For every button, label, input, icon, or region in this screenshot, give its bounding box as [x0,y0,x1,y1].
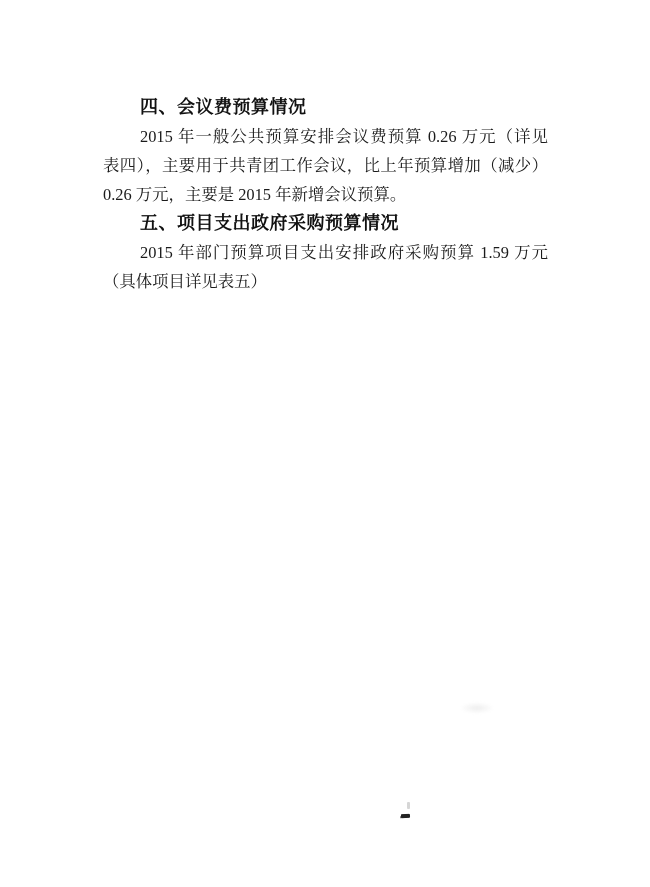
section-heading-meeting-fee-budget: 四、会议费预算情况 [103,93,548,122]
scan-ink-speck-faint [407,802,410,809]
scan-ink-speck [401,814,410,818]
paragraph-line: 0.26 万元，主要是 2015 年新增会议预算。 [103,180,548,209]
paragraph-line: 2015 年一般公共预算安排会议费预算 0.26 万元（详见 [103,122,548,151]
scanned-document-page: 四、会议费预算情况 2015 年一般公共预算安排会议费预算 0.26 万元（详见… [0,0,650,887]
paragraph-line: （具体项目详见表五） [103,267,548,296]
paragraph-line: 2015 年部门预算项目支出安排政府采购预算 1.59 万元 [103,238,548,267]
section-heading-gov-procurement-budget: 五、项目支出政府采购预算情况 [103,209,548,238]
paragraph-line: 表四），主要用于共青团工作会议，比上年预算增加（减少） [103,151,548,180]
document-body: 四、会议费预算情况 2015 年一般公共预算安排会议费预算 0.26 万元（详见… [103,93,548,296]
scan-smudge [460,702,494,714]
